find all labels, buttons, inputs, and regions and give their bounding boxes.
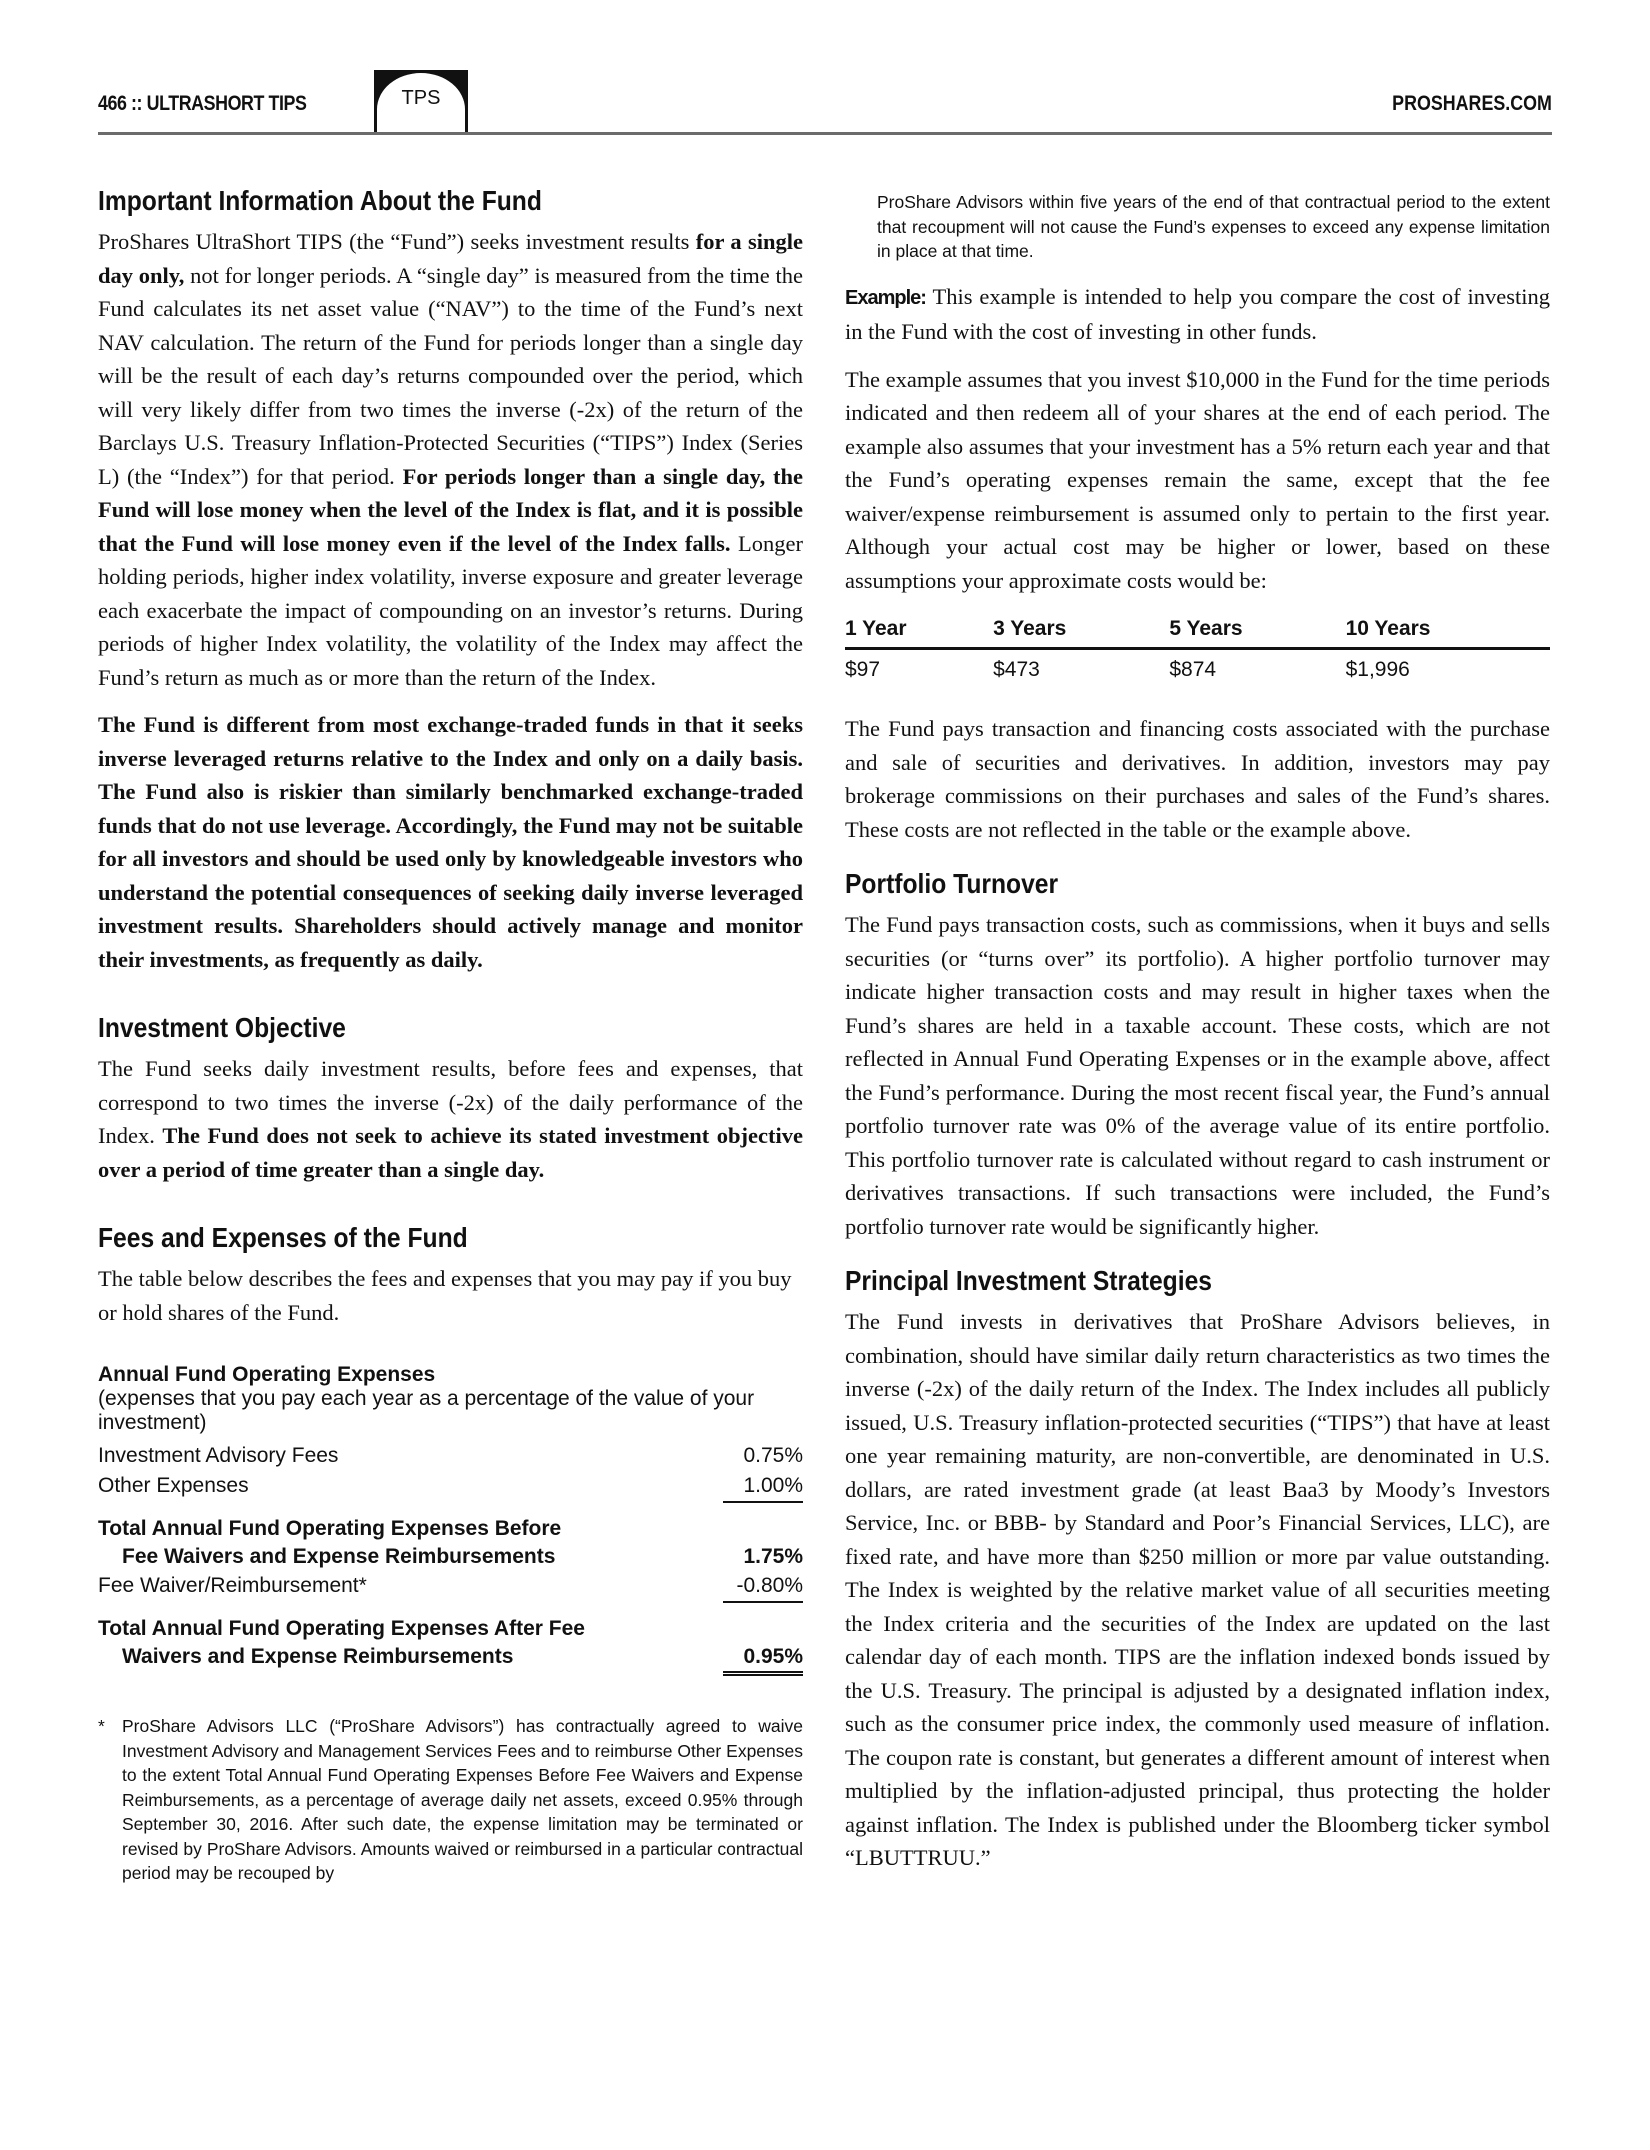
fee-value: 0.95% bbox=[723, 1643, 803, 1676]
column-header: 10 Years bbox=[1346, 611, 1550, 649]
column-header: 5 Years bbox=[1169, 611, 1345, 649]
table-row: $97 $473 $874 $1,996 bbox=[845, 649, 1550, 691]
footnote-text: ProShare Advisors LLC (“ProShare Advisor… bbox=[122, 1714, 803, 1886]
section-title-fees: Fees and Expenses of the Fund bbox=[98, 1222, 718, 1254]
fee-row-total-before: Total Annual Fund Operating Expenses Bef… bbox=[98, 1515, 803, 1543]
fee-row: Investment Advisory Fees 0.75% bbox=[98, 1441, 803, 1471]
fee-row-total-after-cont: Waivers and Expense Reimbursements 0.95% bbox=[98, 1643, 803, 1676]
fee-value: 0.75% bbox=[723, 1441, 803, 1471]
fee-table-subtitle: (expenses that you pay each year as a pe… bbox=[98, 1387, 803, 1435]
fee-row: Other Expenses 1.00% bbox=[98, 1471, 803, 1503]
section-title-objective: Investment Objective bbox=[98, 1012, 718, 1044]
fee-label: Investment Advisory Fees bbox=[98, 1441, 338, 1471]
cell: $97 bbox=[845, 649, 993, 691]
tps-badge-icon: TPS bbox=[374, 70, 468, 132]
column-header: 1 Year bbox=[845, 611, 993, 649]
fee-row-total-before-cont: Fee Waivers and Expense Reimbursements 1… bbox=[98, 1543, 803, 1571]
site-url: PROSHARES.COM bbox=[1392, 92, 1552, 116]
important-paragraph-1: ProShares UltraShort TIPS (the “Fund”) s… bbox=[98, 225, 803, 694]
text: not for longer periods. A “single day” i… bbox=[98, 263, 803, 489]
important-paragraph-2: The Fund is different from most exchange… bbox=[98, 708, 803, 976]
tps-badge-text: TPS bbox=[377, 73, 465, 132]
fee-label: Fee Waiver/Reimbursement* bbox=[98, 1571, 367, 1603]
objective-paragraph: The Fund seeks daily investment results,… bbox=[98, 1052, 803, 1186]
fee-table-title: Annual Fund Operating Expenses bbox=[98, 1363, 803, 1387]
cell: $874 bbox=[1169, 649, 1345, 691]
bold-text: The Fund is different from most exchange… bbox=[98, 712, 803, 972]
section-title-strategies: Principal Investment Strategies bbox=[845, 1265, 1465, 1297]
page-header: 466 :: ULTRASHORT TIPS TPS PROSHARES.COM bbox=[98, 70, 1552, 135]
fee-value: -0.80% bbox=[723, 1571, 803, 1603]
section-title-important: Important Information About the Fund bbox=[98, 185, 718, 217]
fee-row-total-after: Total Annual Fund Operating Expenses Aft… bbox=[98, 1615, 803, 1643]
column-header: 3 Years bbox=[993, 611, 1169, 649]
example-assumptions: The example assumes that you invest $10,… bbox=[845, 363, 1550, 598]
left-column: Important Information About the Fund Pro… bbox=[98, 185, 803, 1886]
bold-text: The Fund does not seek to achieve its st… bbox=[98, 1123, 803, 1182]
example-intro: Example: This example is intended to hel… bbox=[845, 280, 1550, 349]
footnote-marker: * bbox=[98, 1714, 122, 1886]
fee-label: Total Annual Fund Operating Expenses Bef… bbox=[98, 1515, 561, 1543]
example-label: Example: bbox=[845, 287, 926, 309]
fee-value: 1.75% bbox=[723, 1543, 803, 1571]
section-title-turnover: Portfolio Turnover bbox=[845, 868, 1465, 900]
strategies-paragraph: The Fund invests in derivatives that Pro… bbox=[845, 1305, 1550, 1875]
cost-example-table: 1 Year 3 Years 5 Years 10 Years $97 $473… bbox=[845, 611, 1550, 690]
fee-value: 1.00% bbox=[723, 1471, 803, 1503]
footnote-continued: ProShare Advisors within five years of t… bbox=[877, 190, 1550, 264]
fee-label: Other Expenses bbox=[98, 1471, 249, 1503]
fee-row: Fee Waiver/Reimbursement* -0.80% bbox=[98, 1571, 803, 1603]
right-column: ProShare Advisors within five years of t… bbox=[845, 190, 1550, 1889]
document-page: 466 :: ULTRASHORT TIPS TPS PROSHARES.COM… bbox=[0, 0, 1650, 2150]
cost-table-header: 1 Year 3 Years 5 Years 10 Years bbox=[845, 611, 1550, 649]
fee-label: Waivers and Expense Reimbursements bbox=[98, 1643, 513, 1676]
fee-label: Fee Waivers and Expense Reimbursements bbox=[98, 1543, 555, 1571]
text: ProShares UltraShort TIPS (the “Fund”) s… bbox=[98, 229, 696, 254]
transaction-costs-paragraph: The Fund pays transaction and financing … bbox=[845, 712, 1550, 846]
text: This example is intended to help you com… bbox=[845, 284, 1550, 345]
footnote: * ProShare Advisors LLC (“ProShare Advis… bbox=[98, 1714, 803, 1886]
turnover-paragraph: The Fund pays transaction costs, such as… bbox=[845, 908, 1550, 1243]
page-label: 466 :: ULTRASHORT TIPS bbox=[98, 92, 307, 116]
fees-intro: The table below describes the fees and e… bbox=[98, 1262, 803, 1329]
cell: $473 bbox=[993, 649, 1169, 691]
fee-label: Total Annual Fund Operating Expenses Aft… bbox=[98, 1615, 585, 1643]
cell: $1,996 bbox=[1346, 649, 1550, 691]
